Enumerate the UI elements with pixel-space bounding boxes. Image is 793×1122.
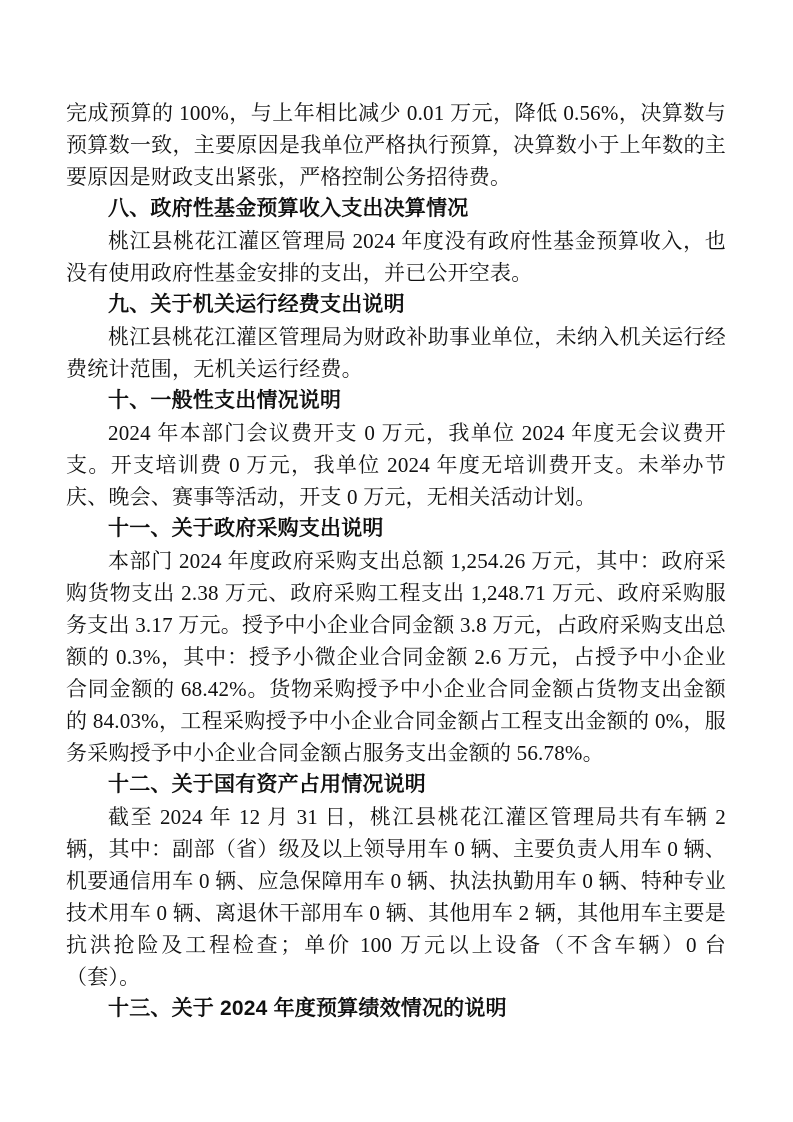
paragraph-government-fund-budget: 桃江县桃花江灌区管理局 2024 年度没有政府性基金预算收入，也没有使用政府性基… xyxy=(66,225,726,289)
section-heading-9-agency-operating-expenses: 九、关于机关运行经费支出说明 xyxy=(66,289,726,321)
paragraph-budget-completion-continuation: 完成预算的 100%，与上年相比减少 0.01 万元，降低 0.56%，决算数与… xyxy=(66,97,726,193)
document-page: 完成预算的 100%，与上年相比减少 0.01 万元，降低 0.56%，决算数与… xyxy=(0,0,793,1122)
section-heading-12-state-owned-assets: 十二、关于国有资产占用情况说明 xyxy=(66,769,726,801)
section-heading-11-government-procurement: 十一、关于政府采购支出说明 xyxy=(66,513,726,545)
paragraph-government-procurement: 本部门 2024 年度政府采购支出总额 1,254.26 万元，其中：政府采购货… xyxy=(66,545,726,769)
paragraph-agency-operating-expenses: 桃江县桃花江灌区管理局为财政补助事业单位，未纳入机关运行经费统计范围，无机关运行… xyxy=(66,321,726,385)
section-heading-8-government-fund-budget: 八、政府性基金预算收入支出决算情况 xyxy=(66,193,726,225)
section-heading-13-budget-performance: 十三、关于 2024 年度预算绩效情况的说明 xyxy=(66,993,726,1025)
paragraph-general-expenditures: 2024 年本部门会议费开支 0 万元，我单位 2024 年度无会议费开支。开支… xyxy=(66,417,726,513)
section-heading-10-general-expenditures: 十、一般性支出情况说明 xyxy=(66,385,726,417)
paragraph-state-owned-assets: 截至 2024 年 12 月 31 日，桃江县桃花江灌区管理局共有车辆 2 辆，… xyxy=(66,801,726,993)
